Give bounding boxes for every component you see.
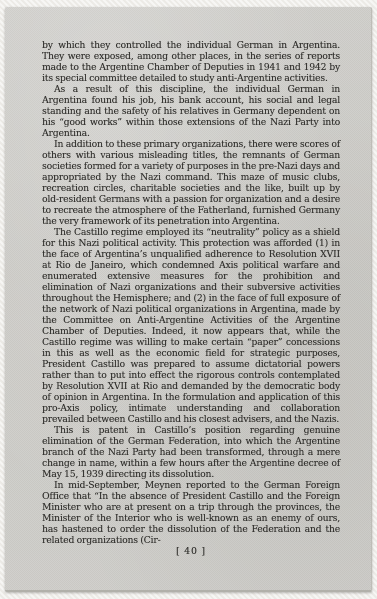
document-page: by which they controlled the individual …	[5, 7, 372, 592]
paragraph: This is patent in Castillo’s position re…	[42, 425, 340, 480]
paragraph: In addition to these primary organizatio…	[42, 139, 340, 227]
paragraph: As a result of this discipline, the indi…	[42, 84, 340, 139]
scan-background: { "doc": { "paragraphs": [ "by which the…	[0, 0, 377, 599]
paragraph: by which they controlled the individual …	[42, 40, 340, 84]
page-number: [ 40 ]	[42, 546, 340, 557]
paragraph: The Castillo regime employed its “neutra…	[42, 227, 340, 425]
paragraph: In mid-September, Meynen reported to the…	[42, 480, 340, 546]
text-column: by which they controlled the individual …	[42, 40, 340, 557]
